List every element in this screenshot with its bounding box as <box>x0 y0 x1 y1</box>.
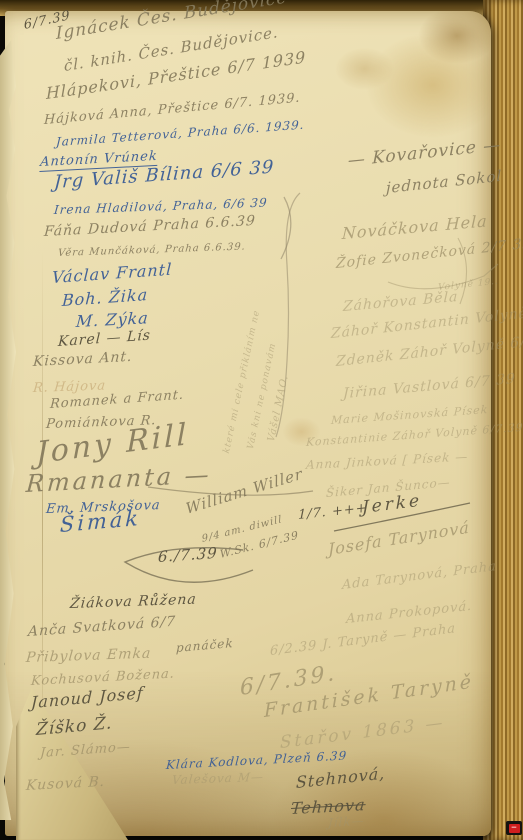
red-minus-badge[interactable]: − <box>506 821 522 835</box>
red-minus-badge-fill: − <box>509 824 520 833</box>
minus-icon: − <box>511 824 516 833</box>
signature-entry: Jílk— <box>328 813 365 830</box>
photo-of-guestbook-page: 6/7.39 Ignácek Čes. Budějovice čl. knih.… <box>0 0 523 840</box>
